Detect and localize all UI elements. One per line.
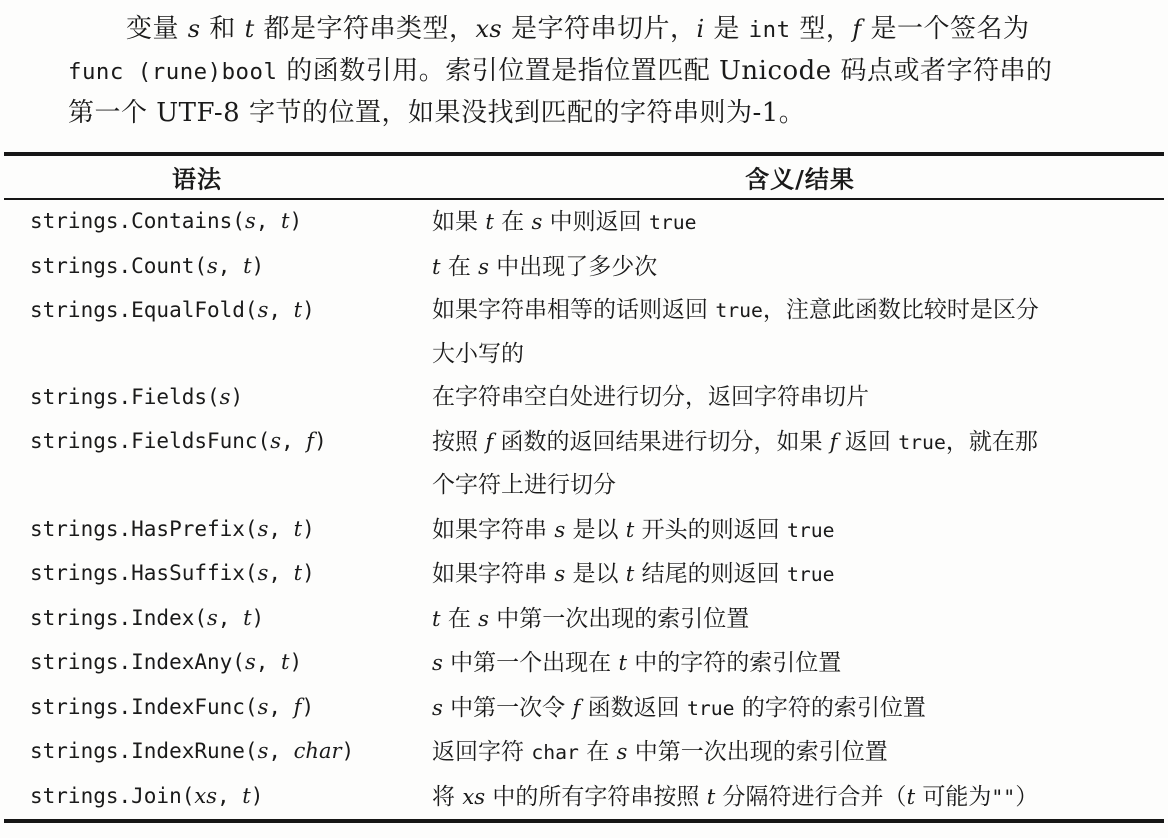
variable-text: s [531,209,542,234]
code-text: , [268,739,293,763]
code-text: ) [289,209,302,233]
text-run: 个字符上进行切分 [432,472,616,498]
intro-line: 第一个 UTF-8 字节的位置，如果没找到匹配的字符串则为-1。 [68,93,1116,134]
variable-text: s [432,650,443,675]
description-line: s 中第一次令 f 函数返回 true 的字符的索引位置 [432,686,1140,731]
text-run: 如果字符串相等的话则返回 [432,297,715,323]
variable-text: t [432,606,441,631]
description-cell: 返回字符 char 在 s 中第一次出现的索引位置 [432,730,1168,775]
code-text: true [787,519,835,542]
variable-text: s [478,254,489,279]
text-run: 如果字符串 [432,517,554,543]
text-run: 中第一个出现在 [443,650,619,676]
variable-text: s [554,561,565,586]
variable-text: xs [475,15,502,43]
table-row: strings.Count(s, t)t 在 s 中出现了多少次 [0,245,1168,290]
description-line: 如果字符串 s 是以 t 结尾的则返回 true [432,552,1140,597]
intro-line: func (rune)bool 的函数引用。索引位置是指位置匹配 Unicode… [68,51,1116,93]
description-line: 将 xs 中的所有字符串按照 t 分隔符进行合并（t 可能为""） [432,775,1140,820]
variable-text: s [258,739,269,763]
syntax-cell: strings.Fields(s) [0,376,432,420]
variable-text: t [907,784,916,809]
syntax-cell: strings.Index(s, t) [0,597,432,641]
code-text: , [218,606,243,630]
code-text: ) [252,606,265,630]
text-run: 返回 [838,429,899,455]
variable-text: s [220,385,231,409]
syntax-cell: strings.FieldsFunc(s, f) [0,420,432,464]
table-row: strings.IndexAny(s, t)s 中第一个出现在 t 中的字符的索… [0,641,1168,686]
description-line: t 在 s 中出现了多少次 [432,245,1140,290]
description-line: t 在 s 中第一次出现的索引位置 [432,597,1140,642]
code-text: ) [252,254,265,278]
text-run: 开头的则返回 [634,517,787,543]
code-text: ) [302,517,315,541]
code-text: strings.Count( [30,254,207,278]
variable-text: f [852,15,861,43]
description-line: 如果字符串 s 是以 t 开头的则返回 true [432,508,1140,553]
table-row: strings.IndexFunc(s, f)s 中第一次令 f 函数返回 tr… [0,686,1168,731]
code-text: strings.FieldsFunc( [30,429,270,453]
text-run: 在 [441,254,479,280]
code-text: strings.HasSuffix( [30,561,258,585]
code-text: ) [289,650,302,674]
text-run: 按照 [432,429,485,455]
text-run: 可能为 [915,784,991,810]
text-run: 在 [579,739,617,765]
text-run: 将 [432,784,462,810]
code-text: ) [251,784,264,808]
table-row: strings.EqualFold(s, t)如果字符串相等的话则返回 true… [0,289,1168,376]
text-run: 在 [494,209,532,235]
variable-text: t [294,298,302,322]
code-text: strings.IndexAny( [30,650,245,674]
code-text: strings.Index( [30,606,207,630]
text-run: 在字符串空白处进行切分，返回字符串切片 [432,384,869,410]
text-run: 中第一次令 [443,695,573,721]
variable-text: xs [462,784,485,809]
description-cell: 如果字符串 s 是以 t 开头的则返回 true [432,508,1168,553]
code-text: true [787,563,835,586]
syntax-cell: strings.Join(xs, t) [0,775,432,819]
variable-text: s [258,298,269,322]
code-text: strings.IndexRune( [30,739,258,763]
text-run: 中的字符的索引位置 [627,650,841,676]
variable-text: t [294,561,302,585]
description-cell: 如果 t 在 s 中则返回 true [432,200,1168,245]
text-run: 和 [201,14,245,44]
description-cell: 在字符串空白处进行切分，返回字符串切片 [432,376,1168,420]
variable-text: t [485,209,494,234]
book-page: 变量 s 和 t 都是字符串类型，xs 是字符串切片，i 是 int 型，f 是… [0,0,1168,838]
table-row: strings.Join(xs, t)将 xs 中的所有字符串按照 t 分隔符进… [0,775,1168,820]
description-cell: s 中第一次令 f 函数返回 true 的字符的索引位置 [432,686,1168,731]
text-run: 在 [441,606,479,632]
variable-text: s [245,209,256,233]
variable-text: f [485,429,493,454]
variable-text: f [830,429,838,454]
description-cell: t 在 s 中第一次出现的索引位置 [432,597,1168,642]
text-run: ） [1015,784,1038,810]
code-text: strings.HasPrefix( [30,517,258,541]
column-header-meaning: 含义/结果 [745,159,855,194]
code-text: int [749,17,791,43]
table-row: strings.HasPrefix(s, t)如果字符串 s 是以 t 开头的则… [0,508,1168,553]
column-header-syntax: 语法 [172,159,222,194]
syntax-cell: strings.Count(s, t) [0,245,432,289]
description-line: 在字符串空白处进行切分，返回字符串切片 [432,376,1140,420]
code-text: strings.IndexFunc( [30,695,258,719]
table-row: strings.FieldsFunc(s, f)按照 f 函数的返回结果进行切分… [0,420,1168,508]
variable-text: t [243,254,251,278]
description-cell: s 中第一个出现在 t 中的字符的索引位置 [432,641,1168,686]
table-row: strings.IndexRune(s, char)返回字符 char 在 s … [0,730,1168,775]
description-cell: t 在 s 中出现了多少次 [432,245,1168,290]
code-text: ) [230,385,243,409]
syntax-cell: strings.HasPrefix(s, t) [0,508,432,552]
text-run: 函数返回 [580,695,687,721]
text-run: 是以 [565,517,626,543]
variable-text: t [294,517,302,541]
code-text: ) [342,739,355,763]
text-run: ，注意此函数比较时是区分 [763,297,1039,323]
text-run: 中的所有字符串按照 [485,784,707,810]
description-line: 如果 t 在 s 中则返回 true [432,200,1140,245]
variable-text: s [207,254,218,278]
syntax-cell: strings.IndexAny(s, t) [0,641,432,685]
text-run: 第一个 UTF-8 字节的位置，如果没找到匹配的字符串则为-1。 [68,98,805,128]
code-text: , [281,429,306,453]
syntax-cell: strings.IndexRune(s, char) [0,730,432,774]
variable-text: s [207,606,218,630]
variable-text: i [696,15,704,43]
text-run: 的字符的索引位置 [735,695,926,721]
text-run: 返回字符 [432,739,531,765]
description-cell: 按照 f 函数的返回结果进行切分，如果 f 返回 true，就在那个字符上进行切… [432,420,1168,508]
text-run: 结尾的则返回 [634,561,787,587]
strings-functions-table: 语法 含义/结果 strings.Contains(s, t)如果 t 在 s … [0,152,1168,823]
code-text: , [268,298,293,322]
code-text: true [898,431,946,454]
code-text: ) [302,298,315,322]
code-text: char [531,741,579,764]
variable-text: s [258,695,269,719]
variable-text: s [245,650,256,674]
text-run: 如果字符串 [432,561,554,587]
table-row: strings.Fields(s)在字符串空白处进行切分，返回字符串切片 [0,376,1168,420]
text-run: 的函数引用。索引位置是指位置匹配 Unicode 码点或者字符串的 [277,56,1052,86]
variable-text: t [242,784,250,808]
description-cell: 将 xs 中的所有字符串按照 t 分隔符进行合并（t 可能为""） [432,775,1168,820]
text-run: 是字符串切片， [502,14,696,44]
description-line: 如果字符串相等的话则返回 true，注意此函数比较时是区分 [432,289,1140,333]
syntax-cell: strings.EqualFold(s, t) [0,289,432,333]
text-run: 都是字符串类型， [255,14,476,44]
variable-text: f [306,429,314,453]
variable-text: s [478,606,489,631]
description-line: 个字符上进行切分 [432,464,1140,508]
intro-paragraph: 变量 s 和 t 都是字符串类型，xs 是字符串切片，i 是 int 型，f 是… [68,9,1116,134]
variable-text: char [294,739,342,763]
code-text: , [268,695,293,719]
variable-text: s [258,561,269,585]
description-cell: 如果字符串相等的话则返回 true，注意此函数比较时是区分大小写的 [432,289,1168,376]
table-row: strings.Contains(s, t)如果 t 在 s 中则返回 true [0,200,1168,245]
description-line: s 中第一个出现在 t 中的字符的索引位置 [432,641,1140,686]
code-text: , [256,650,281,674]
table-body: strings.Contains(s, t)如果 t 在 s 中则返回 true… [0,200,1168,819]
variable-text: xs [194,784,217,808]
variable-text: t [707,784,716,809]
text-run: 中第一次出现的索引位置 [627,739,887,765]
text-run: 是一个签名为 [862,14,1030,44]
description-cell: 如果字符串 s 是以 t 结尾的则返回 true [432,552,1168,597]
code-text: strings.Contains( [30,209,245,233]
text-run: 大小写的 [432,341,524,367]
text-run: 是 [705,14,749,44]
code-text: strings.Join( [30,784,194,808]
text-run: ，就在那 [946,429,1038,455]
variable-text: t [243,606,251,630]
description-line: 返回字符 char 在 s 中第一次出现的索引位置 [432,730,1140,775]
variable-text: t [618,650,627,675]
code-text: strings.EqualFold( [30,298,258,322]
code-text: true [715,299,763,322]
code-text: true [649,211,697,234]
variable-text: s [270,429,281,453]
code-text: , [268,561,293,585]
code-text: , [268,517,293,541]
code-text: ) [302,561,315,585]
code-text: , [217,784,242,808]
variable-text: s [258,517,269,541]
description-line: 大小写的 [432,333,1140,377]
code-text: strings.Fields( [30,385,220,409]
text-run: 函数的返回结果进行切分，如果 [493,429,830,455]
description-line: 按照 f 函数的返回结果进行切分，如果 f 返回 true，就在那 [432,420,1140,465]
variable-text: t [245,15,255,43]
syntax-cell: strings.IndexFunc(s, f) [0,686,432,730]
variable-text: s [617,739,628,764]
text-run: 中出现了多少次 [489,254,657,280]
code-text: , [218,254,243,278]
code-text: func (rune)bool [68,59,277,85]
text-run: 中则返回 [542,209,649,235]
syntax-cell: strings.Contains(s, t) [0,200,432,244]
syntax-cell: strings.HasSuffix(s, t) [0,552,432,596]
table-row: strings.Index(s, t)t 在 s 中第一次出现的索引位置 [0,597,1168,642]
code-text: ) [314,429,327,453]
intro-line: 变量 s 和 t 都是字符串类型，xs 是字符串切片，i 是 int 型，f 是… [68,9,1116,51]
text-run: 是以 [565,561,626,587]
text-run: 如果 [432,209,485,235]
text-run: 变量 [126,14,188,44]
code-text: true [687,697,735,720]
text-run: 型， [791,14,853,44]
text-run: 中第一次出现的索引位置 [489,606,749,632]
variable-text: t [432,254,441,279]
variable-text: s [188,15,201,43]
variable-text: s [554,517,565,542]
table-bottom-rule [4,819,1164,823]
table-header-row: 语法 含义/结果 [0,156,1168,198]
table-row: strings.HasSuffix(s, t)如果字符串 s 是以 t 结尾的则… [0,552,1168,597]
code-text: "" [991,786,1015,809]
code-text: , [256,209,281,233]
code-text: ) [301,695,314,719]
variable-text: s [432,695,443,720]
text-run: 分隔符进行合并（ [715,784,906,810]
